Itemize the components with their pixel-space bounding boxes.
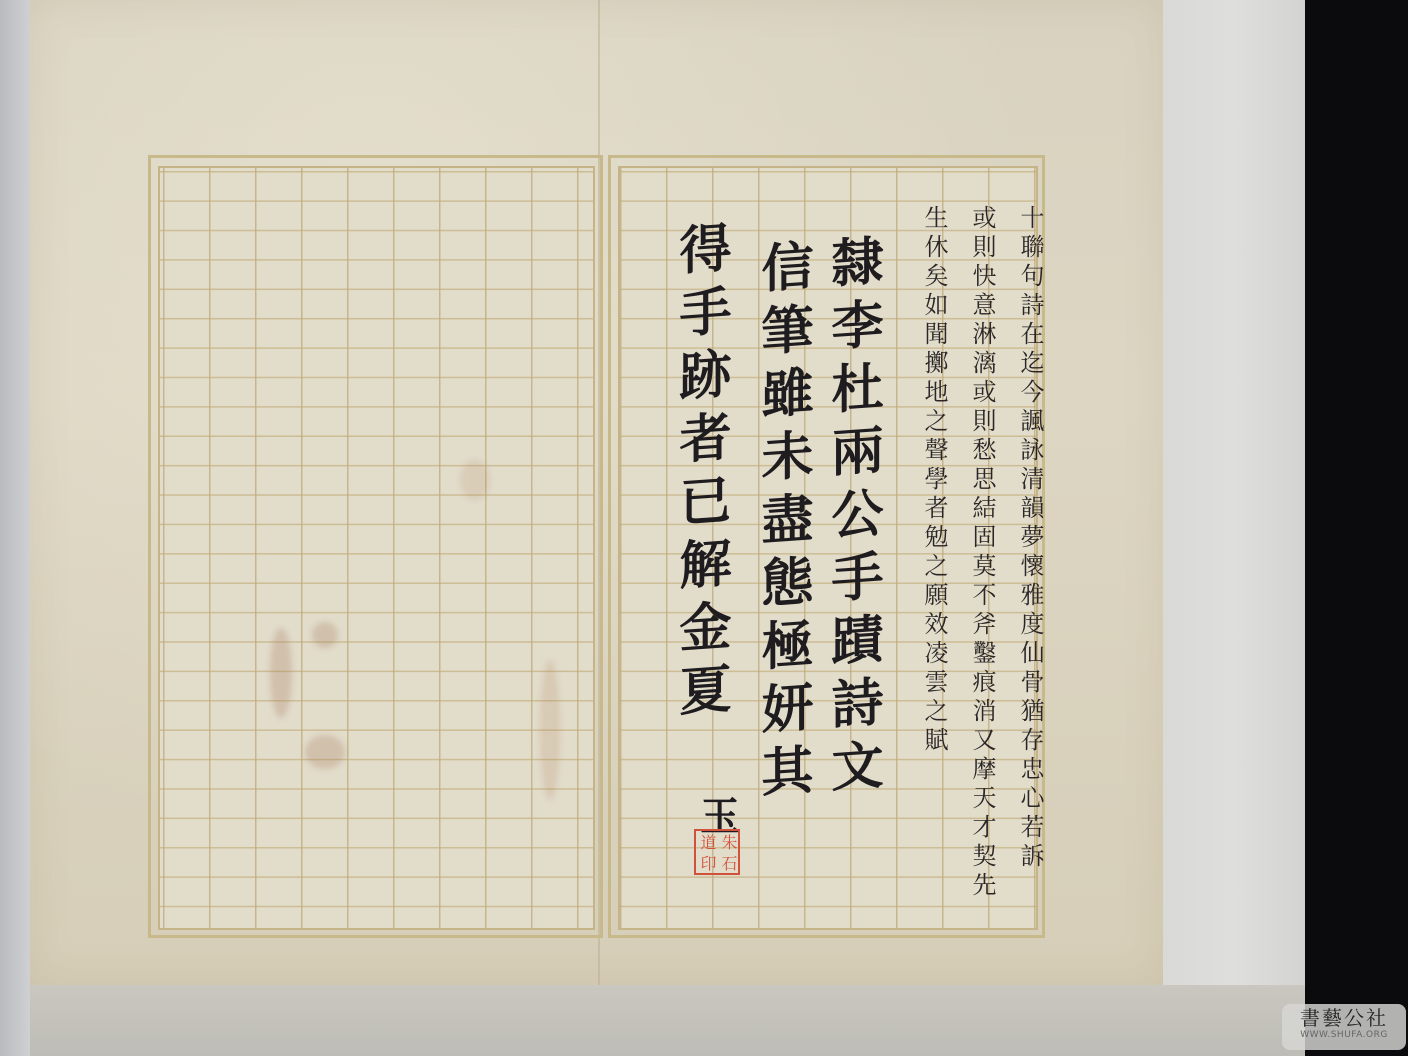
seal-char: 朱 xyxy=(717,831,738,852)
stain xyxy=(312,622,338,648)
left-page-grid xyxy=(158,166,595,930)
watermark-url: WWW.SHUFA.ORG xyxy=(1282,1030,1406,1040)
stain xyxy=(540,660,560,800)
stain xyxy=(460,460,490,500)
site-watermark: 書藝公社 WWW.SHUFA.ORG xyxy=(1282,1004,1406,1050)
small-script-column-3: 生休矣如聞擲地之聲學者勉之願效凌雲之賦 xyxy=(920,205,948,756)
seal-char: 石 xyxy=(717,852,738,873)
large-script-column-3: 得手跡者已解金夏 xyxy=(670,220,730,728)
seal-char: 印 xyxy=(696,852,717,873)
small-script-column-1: 十聯句詩在迄今諷詠清韻夢懷雅度仙骨猶存忠心若訴 xyxy=(1016,205,1044,872)
left-background xyxy=(0,0,30,1056)
large-script-column-1: 隸李杜兩公手蹟詩文 xyxy=(822,233,882,804)
watermark-title: 書藝公社 xyxy=(1282,1006,1406,1030)
large-script-column-2: 信筆雖未盡態極妍其 xyxy=(752,238,812,809)
stain xyxy=(305,735,345,769)
seal-char: 道 xyxy=(696,831,717,852)
dark-background xyxy=(1305,0,1408,1056)
red-seal-stamp: 朱 石 道 印 xyxy=(694,829,740,875)
stain xyxy=(270,628,292,718)
bottom-mount-board xyxy=(30,985,1305,1056)
mount-board xyxy=(1163,0,1305,1056)
small-script-column-2: 或則快意淋漓或則愁思結固莫不斧鑿痕消又摩天才契先 xyxy=(968,205,996,901)
